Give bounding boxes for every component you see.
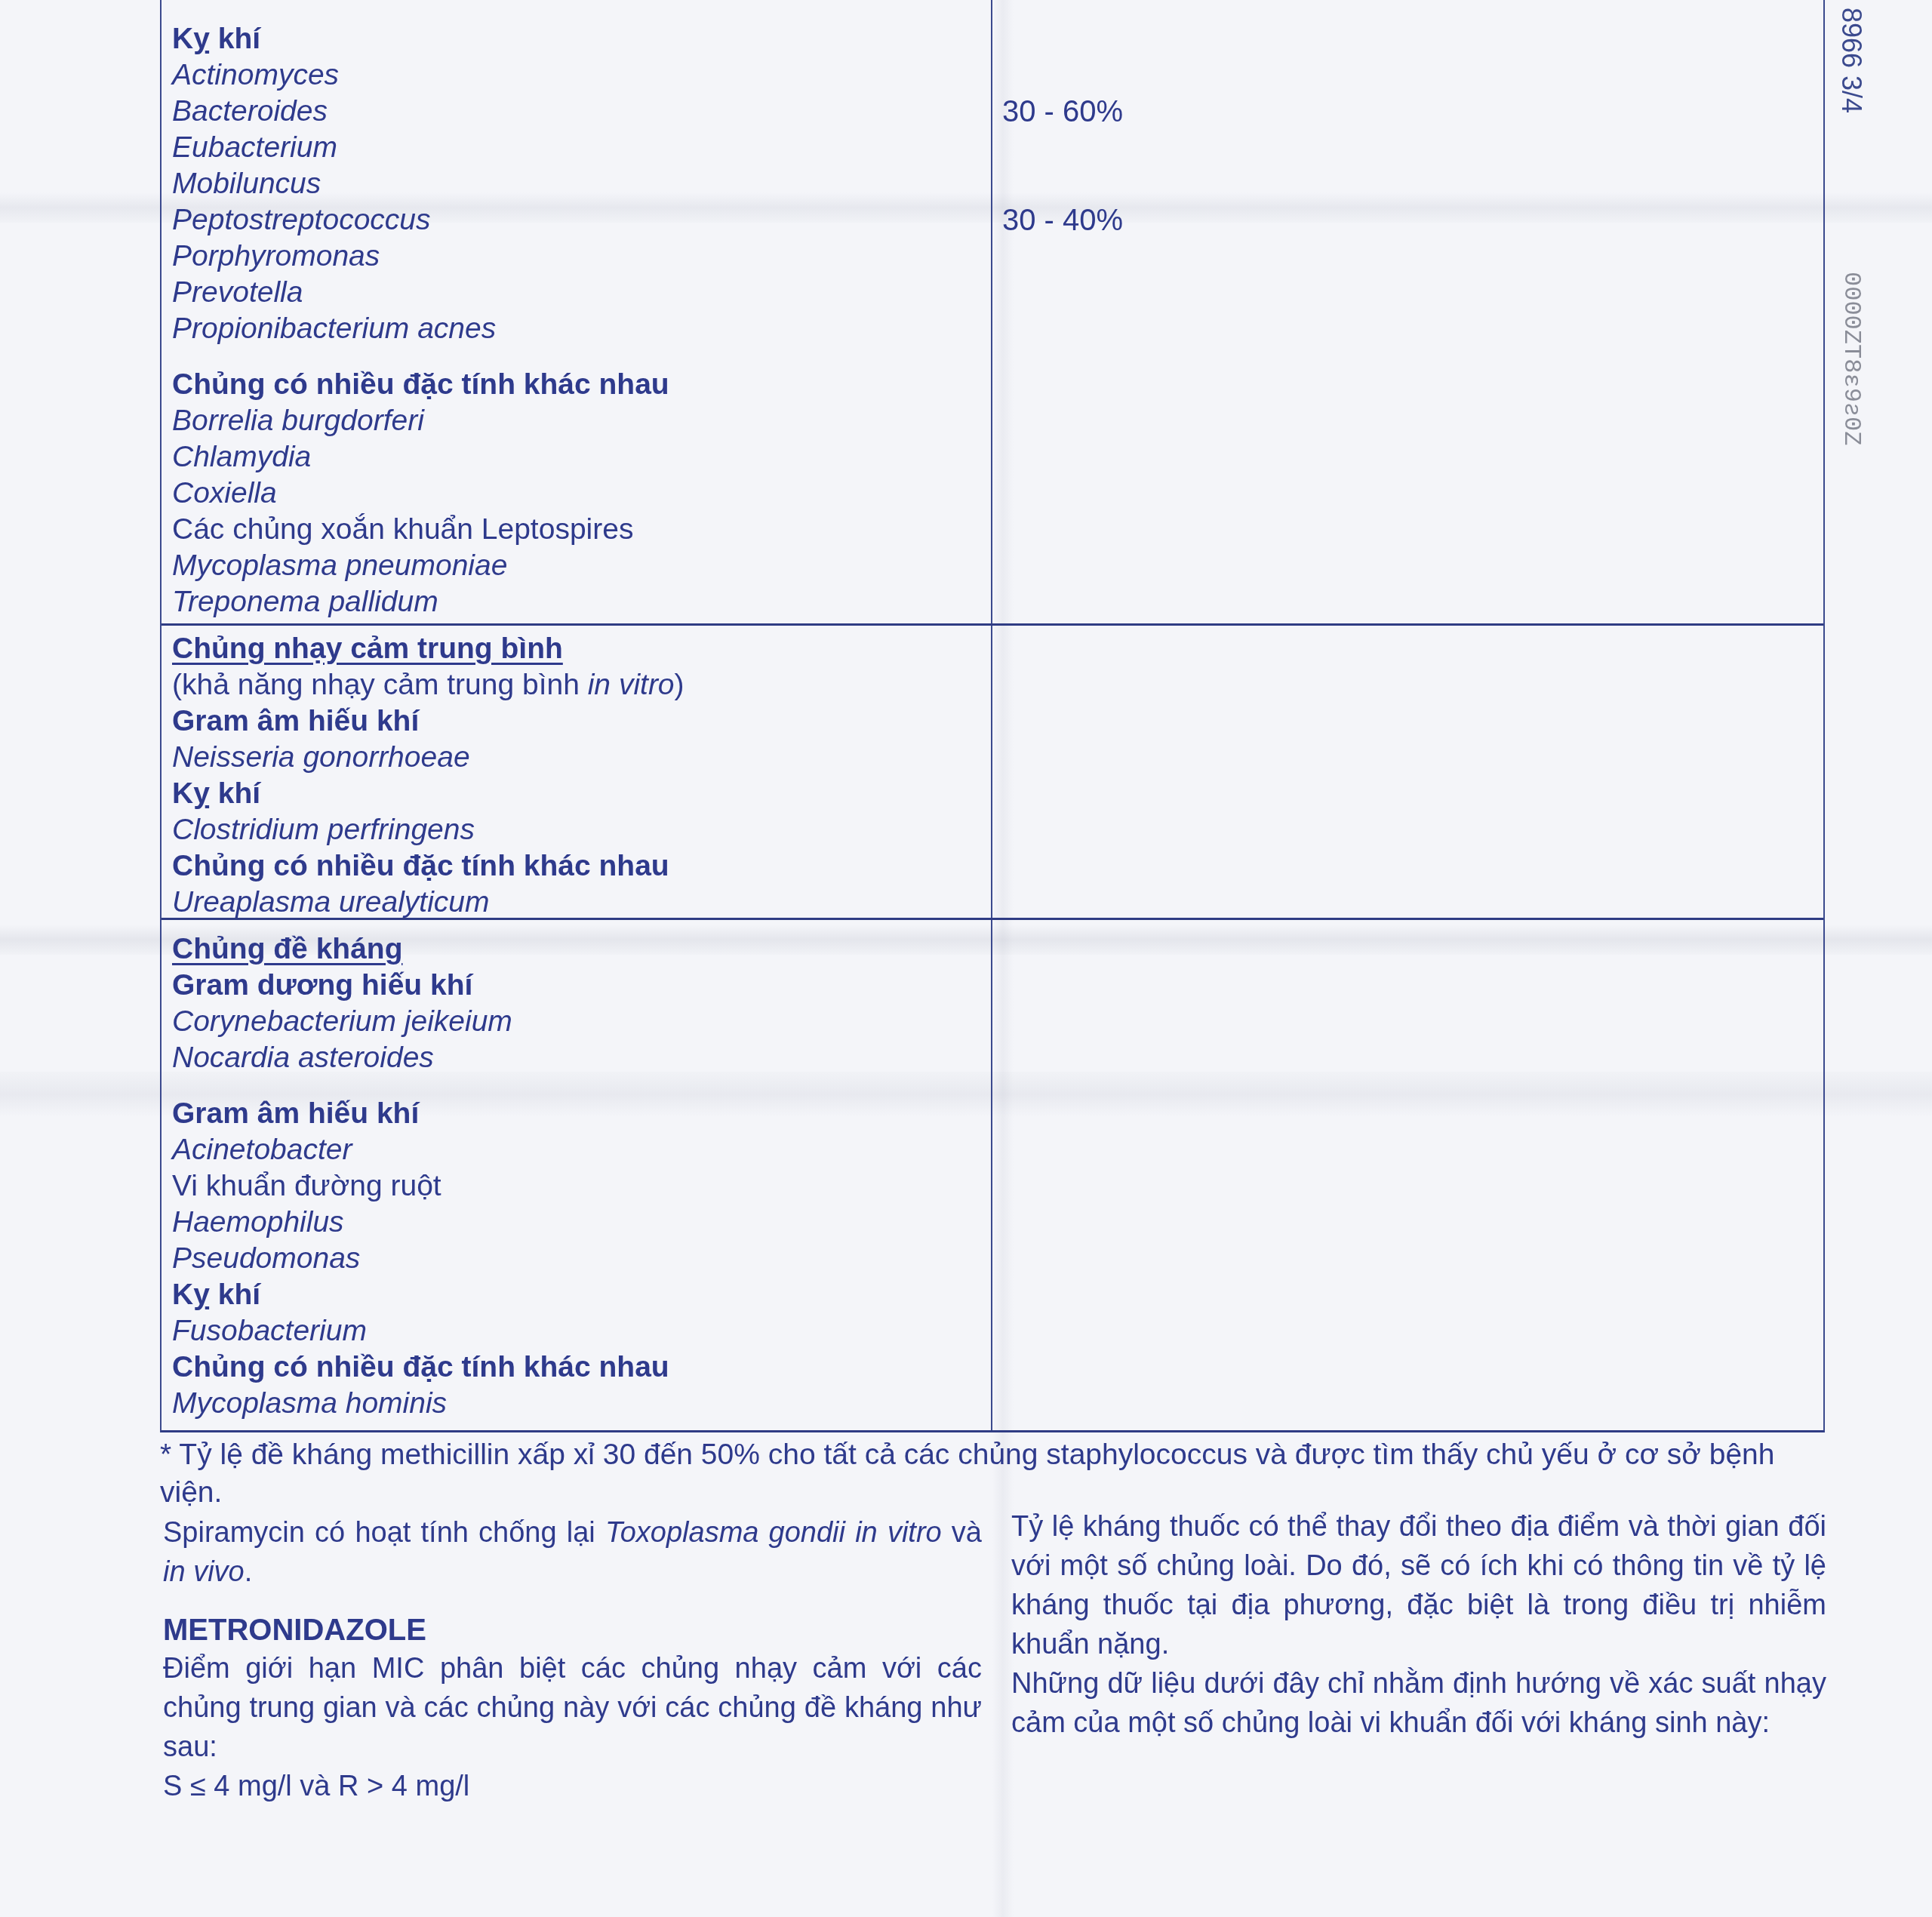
- category-heading: Chủng nhạy cảm trung bình: [172, 631, 987, 667]
- organism-name: Corynebacterium jeikeium: [172, 1004, 987, 1040]
- mic-breakpoint: S ≤ 4 mg/l và R > 4 mg/l: [163, 1767, 982, 1806]
- table-row-resistant: Chủng đề khángGram dương hiếu khíCoryneb…: [162, 931, 1823, 1429]
- organism-name: Coxiella: [172, 475, 987, 512]
- metronidazole-mic-text: Điểm giới hạn MIC phân biệt các chủng nh…: [163, 1649, 982, 1767]
- category-heading: Gram âm hiếu khí: [172, 703, 987, 740]
- spacer: [172, 347, 987, 367]
- category-heading: Kỵ khí: [172, 21, 987, 57]
- organism-name: Chlamydia: [172, 439, 987, 475]
- organism-name: Mycoplasma pneumoniae: [172, 548, 987, 584]
- organism-name: Nocardia asteroides: [172, 1040, 987, 1076]
- organism-name: Prevotella: [172, 275, 987, 311]
- footnote: * Tỷ lệ đề kháng methicillin xấp xỉ 30 đ…: [160, 1436, 1828, 1512]
- organism-name: Acinetobacter: [172, 1132, 987, 1168]
- table-row-divider: [162, 623, 1823, 626]
- organism-name: Actinomyces: [172, 57, 987, 94]
- organism-name: Mycoplasma hominis: [172, 1386, 987, 1422]
- organism-name: Treponema pallidum: [172, 584, 987, 620]
- organism-name: Vi khuẩn đường ruột: [172, 1168, 987, 1205]
- category-heading: Chủng có nhiều đặc tính khác nhau: [172, 367, 987, 403]
- category-heading: Gram âm hiếu khí: [172, 1096, 987, 1132]
- spiramycin-toxoplasma-note: Spiramycin có hoạt tính chống lại Toxopl…: [163, 1513, 982, 1592]
- category-heading: Chủng có nhiều đặc tính khác nhau: [172, 848, 987, 885]
- table-row-intermediate: Chủng nhạy cảm trung bình(khả năng nhạy …: [162, 631, 1823, 915]
- organism-name: Peptostreptococcus: [172, 202, 987, 238]
- category-heading: Chủng có nhiều đặc tính khác nhau: [172, 1349, 987, 1386]
- category-heading: Kỵ khí: [172, 1277, 987, 1313]
- organism-name: Haemophilus: [172, 1205, 987, 1241]
- organism-list: Kỵ khíActinomycesBacteroidesEubacteriumM…: [172, 21, 987, 620]
- organism-list: Chủng đề khángGram dương hiếu khíCoryneb…: [172, 931, 987, 1422]
- organism-name: Propionibacterium acnes: [172, 311, 987, 347]
- organism-name: Bacteroides: [172, 94, 987, 130]
- organism-name: Neisseria gonorrhoeae: [172, 740, 987, 776]
- organism-list: Chủng nhạy cảm trung bình(khả năng nhạy …: [172, 631, 987, 921]
- resistance-percentage: 30 - 60%: [1002, 94, 1123, 130]
- table-row-susceptible-anaerobes: Kỵ khíActinomycesBacteroidesEubacteriumM…: [162, 21, 1823, 626]
- right-column-text: Tỷ lệ kháng thuốc có thể thay đổi theo đ…: [1011, 1507, 1826, 1743]
- organism-name: Pseudomonas: [172, 1241, 987, 1277]
- organism-name: Borrelia burgdorferi: [172, 403, 987, 439]
- organism-name: Fusobacterium: [172, 1313, 987, 1349]
- print-code: 8966 3/4: [1837, 8, 1867, 128]
- print-code-faint: 0000ZT8ε9ƨ0Z: [1838, 272, 1866, 445]
- left-column-text: Spiramycin có hoạt tính chống lại Toxopl…: [163, 1513, 982, 1806]
- organism-name: Clostridium perfringens: [172, 812, 987, 848]
- category-heading: Kỵ khí: [172, 776, 987, 812]
- data-orientation-paragraph: Những dữ liệu dưới đây chỉ nhằm định hướ…: [1011, 1664, 1826, 1743]
- susceptibility-table: Kỵ khíActinomycesBacteroidesEubacteriumM…: [160, 0, 1825, 1432]
- metronidazole-heading: METRONIDAZOLE: [163, 1611, 982, 1649]
- category-heading: Chủng đề kháng: [172, 931, 987, 968]
- spacer: [172, 1076, 987, 1096]
- organism-name: Porphyromonas: [172, 238, 987, 275]
- organism-name: Eubacterium: [172, 130, 987, 166]
- resistance-percentage: 30 - 40%: [1002, 202, 1123, 238]
- table-row-divider: [162, 918, 1823, 920]
- organism-name: Mobiluncus: [172, 166, 987, 202]
- organism-name: Ureaplasma urealyticum: [172, 885, 987, 921]
- resistance-variation-paragraph: Tỷ lệ kháng thuốc có thể thay đổi theo đ…: [1011, 1507, 1826, 1664]
- organism-name: (khả năng nhạy cảm trung bình in vitro): [172, 667, 987, 703]
- category-heading: Gram dương hiếu khí: [172, 968, 987, 1004]
- organism-name: Các chủng xoắn khuẩn Leptospires: [172, 512, 987, 548]
